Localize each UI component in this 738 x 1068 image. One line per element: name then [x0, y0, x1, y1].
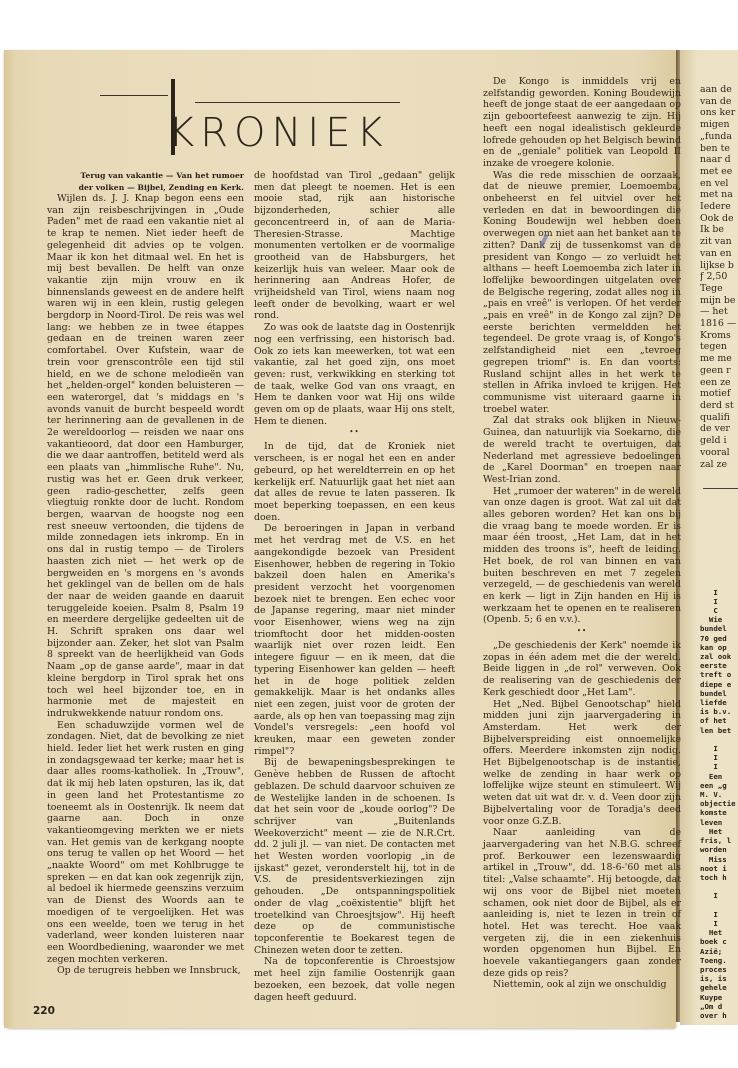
next-page-rule	[703, 488, 738, 489]
paragraph: Zo was ook de laatste dag in Oostenrijk …	[254, 322, 455, 427]
fragment-line: Kroms	[700, 330, 738, 342]
fragment-line: derd st	[700, 400, 738, 412]
fragment-line: met ee	[700, 166, 738, 178]
fragment-line: aan de	[700, 84, 738, 96]
fragment-line: en vel	[700, 178, 738, 190]
fragment-line: 1816 —	[700, 318, 738, 330]
fragment-line: migen	[700, 119, 738, 131]
paragraph: Wijlen ds. J. J. Knap begon eens een van…	[47, 193, 244, 720]
paragraph: Op de terugreis hebben we Innsbruck,	[47, 965, 244, 977]
fragment-line: — het	[700, 306, 738, 318]
fragment-line: naar d	[700, 154, 738, 166]
paragraph: Bij de bewapeningsbesprekingen te Genève…	[254, 757, 455, 956]
fragment-line: van de	[700, 96, 738, 108]
fragment-line: motief	[700, 388, 738, 400]
fragment-line: Ik be	[700, 224, 738, 236]
fragment-line: zit van	[700, 236, 738, 248]
masthead-rule-left	[100, 95, 168, 96]
masthead: KRONIEK	[100, 80, 400, 160]
fragment-line: zal ze	[700, 459, 738, 471]
paragraph: Na de topconferentie is Chroestsjow met …	[254, 956, 455, 1003]
article-column-2: de hoofdstad van Tirol „gedaan" gelijk m…	[254, 170, 455, 1003]
article-column-1: Terug van vakantie — Van het rumoer der …	[47, 170, 244, 977]
subheading-line: der volken — Bijbel, Zending en Kerk.	[47, 182, 244, 194]
paragraph: Naar aanleiding van de jaarvergadering v…	[483, 827, 681, 979]
fragment-line: ƒ 2,50	[700, 271, 738, 283]
fragment-line: de ver	[700, 423, 738, 435]
fragment-line: van en	[700, 248, 738, 260]
next-page-column-fragment: aan devan deons kermigen„fundaben tenaar…	[700, 84, 738, 470]
fragment-line: Iedere	[700, 201, 738, 213]
fragment-line: geen r	[700, 365, 738, 377]
paragraph: „De geschiedenis der Kerk" noemde ik zop…	[483, 640, 681, 699]
paragraph: Was die rede misschien de oorzaak, dat d…	[483, 170, 681, 416]
paragraph: In de tijd, dat de Kroniek niet verschee…	[254, 441, 455, 523]
masthead-rule-right	[195, 102, 400, 103]
next-page-lower-fragment: I I C Wie bundel 70 ged kan op zal ook e…	[700, 560, 738, 1020]
fragment-line: ben te	[700, 143, 738, 155]
paragraph: Niettemin, ook al zijn we onschuldig	[483, 979, 681, 991]
fragment-line: mijn be	[700, 295, 738, 307]
paragraph: de hoofdstad van Tirol „gedaan" gelijk m…	[254, 170, 455, 322]
paragraph: Het „Ned. Bijbel Genootschap" hield midd…	[483, 699, 681, 828]
paragraph: De beroeringen in Japan in verband met h…	[254, 523, 455, 757]
fragment-line: een ze	[700, 377, 738, 389]
paragraph: Een schaduwzijde vormen wel de zondagen.…	[47, 720, 244, 966]
paragraph: Zal dat straks ook blijken in Nieuw-Guin…	[483, 415, 681, 485]
fragment-line: „funda	[700, 131, 738, 143]
fragment-line: tegen	[700, 341, 738, 353]
fragment-line: ons ker	[700, 107, 738, 119]
paragraph: Het „rumoer der wateren" in de wereld va…	[483, 486, 681, 626]
fragment-line: lijkse b	[700, 260, 738, 272]
subheading-line: Terug van vakantie — Van het rumoer	[47, 170, 244, 182]
page-number: 220	[33, 1005, 55, 1017]
fragment-line: Ook de	[700, 213, 738, 225]
section-break: ••	[254, 427, 455, 437]
section-subheading: Terug van vakantie — Van het rumoer der …	[47, 170, 244, 193]
fragment-line: vooral	[700, 447, 738, 459]
fragment-line: Tege	[700, 283, 738, 295]
masthead-title: KRONIEK	[168, 110, 389, 156]
section-break: ••	[483, 626, 681, 636]
article-column-3: De Kongo is inmiddels vrij en zelfstandi…	[483, 76, 681, 991]
fragment-line: me me	[700, 353, 738, 365]
paragraph: De Kongo is inmiddels vrij en zelfstandi…	[483, 76, 681, 170]
fragment-line: qualifi	[700, 412, 738, 424]
fragment-line: geld i	[700, 435, 738, 447]
fragment-line: met na	[700, 189, 738, 201]
